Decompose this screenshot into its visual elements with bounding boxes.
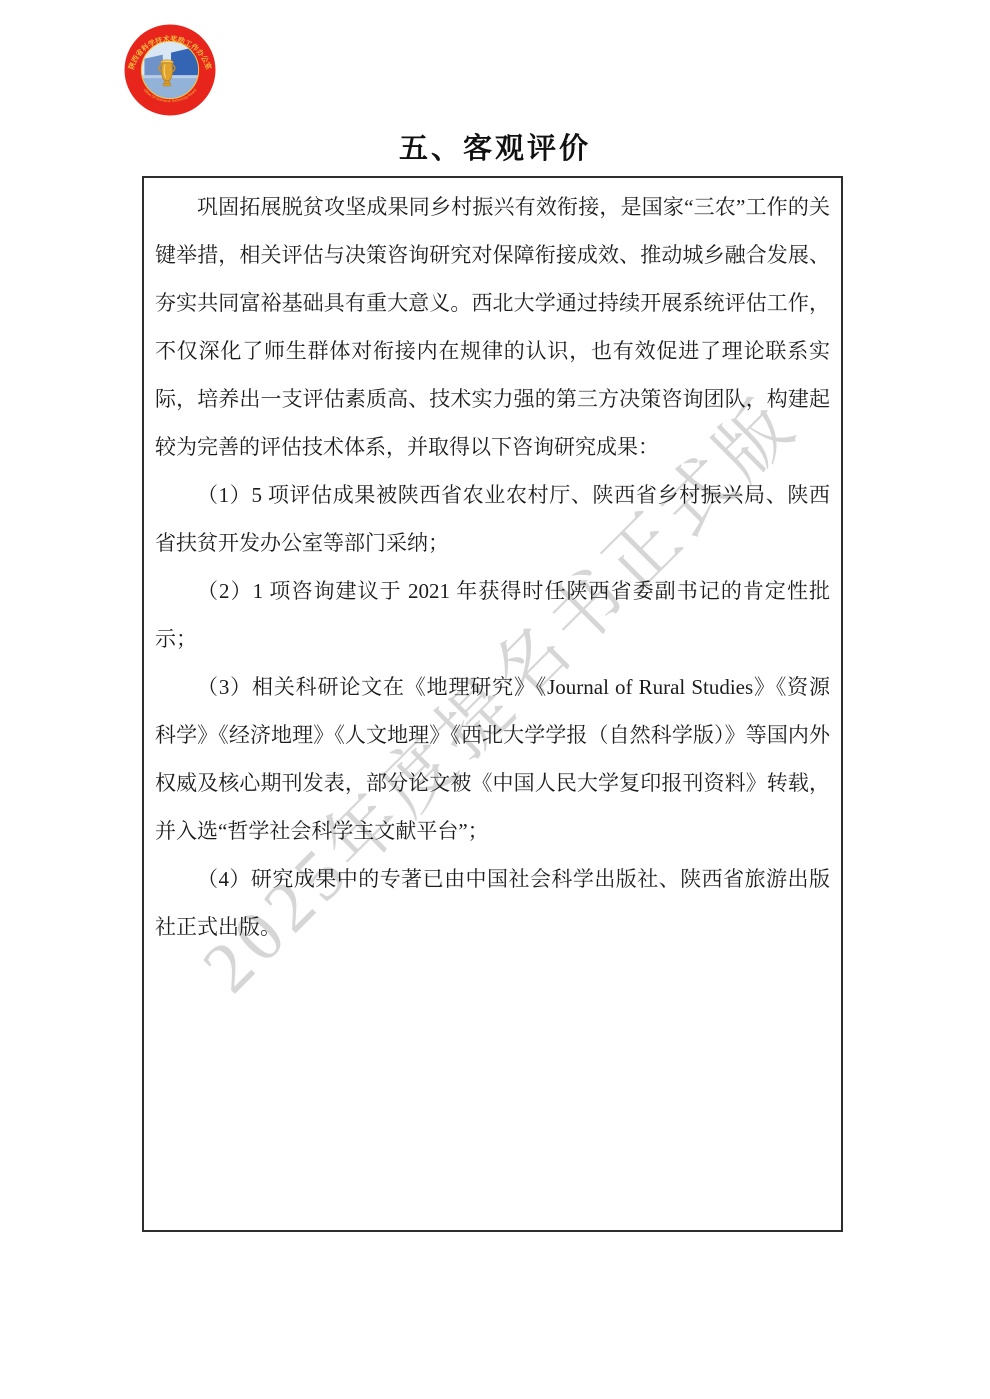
evaluation-paragraph-5: （4）研究成果中的专著已由中国社会科学出版社、陕西省旅游出版社正式出版。 bbox=[155, 855, 830, 951]
document-page: 2025年度提名书正式版 bbox=[0, 0, 990, 1399]
evaluation-paragraph-4: （3）相关科研论文在《地理研究》《Journal of Rural Studie… bbox=[155, 663, 830, 855]
seal-graphic: 陕西省科学技术奖励工作办公室 Office Of Science & Techn… bbox=[124, 24, 216, 116]
section-title: 五、客观评价 bbox=[0, 126, 990, 167]
evaluation-paragraph-3: （2）1 项咨询建议于 2021 年获得时任陕西省委副书记的肯定性批示； bbox=[155, 567, 830, 663]
award-seal-logo: 陕西省科学技术奖励工作办公室 Office Of Science & Techn… bbox=[124, 24, 216, 116]
evaluation-box: 巩固拓展脱贫攻坚成果同乡村振兴有效衔接，是国家“三农”工作的关键举措，相关评估与… bbox=[142, 176, 843, 1232]
evaluation-paragraph-2: （1）5 项评估成果被陕西省农业农村厅、陕西省乡村振兴局、陕西省扶贫开发办公室等… bbox=[155, 471, 830, 567]
evaluation-paragraph-1: 巩固拓展脱贫攻坚成果同乡村振兴有效衔接，是国家“三农”工作的关键举措，相关评估与… bbox=[155, 183, 830, 471]
